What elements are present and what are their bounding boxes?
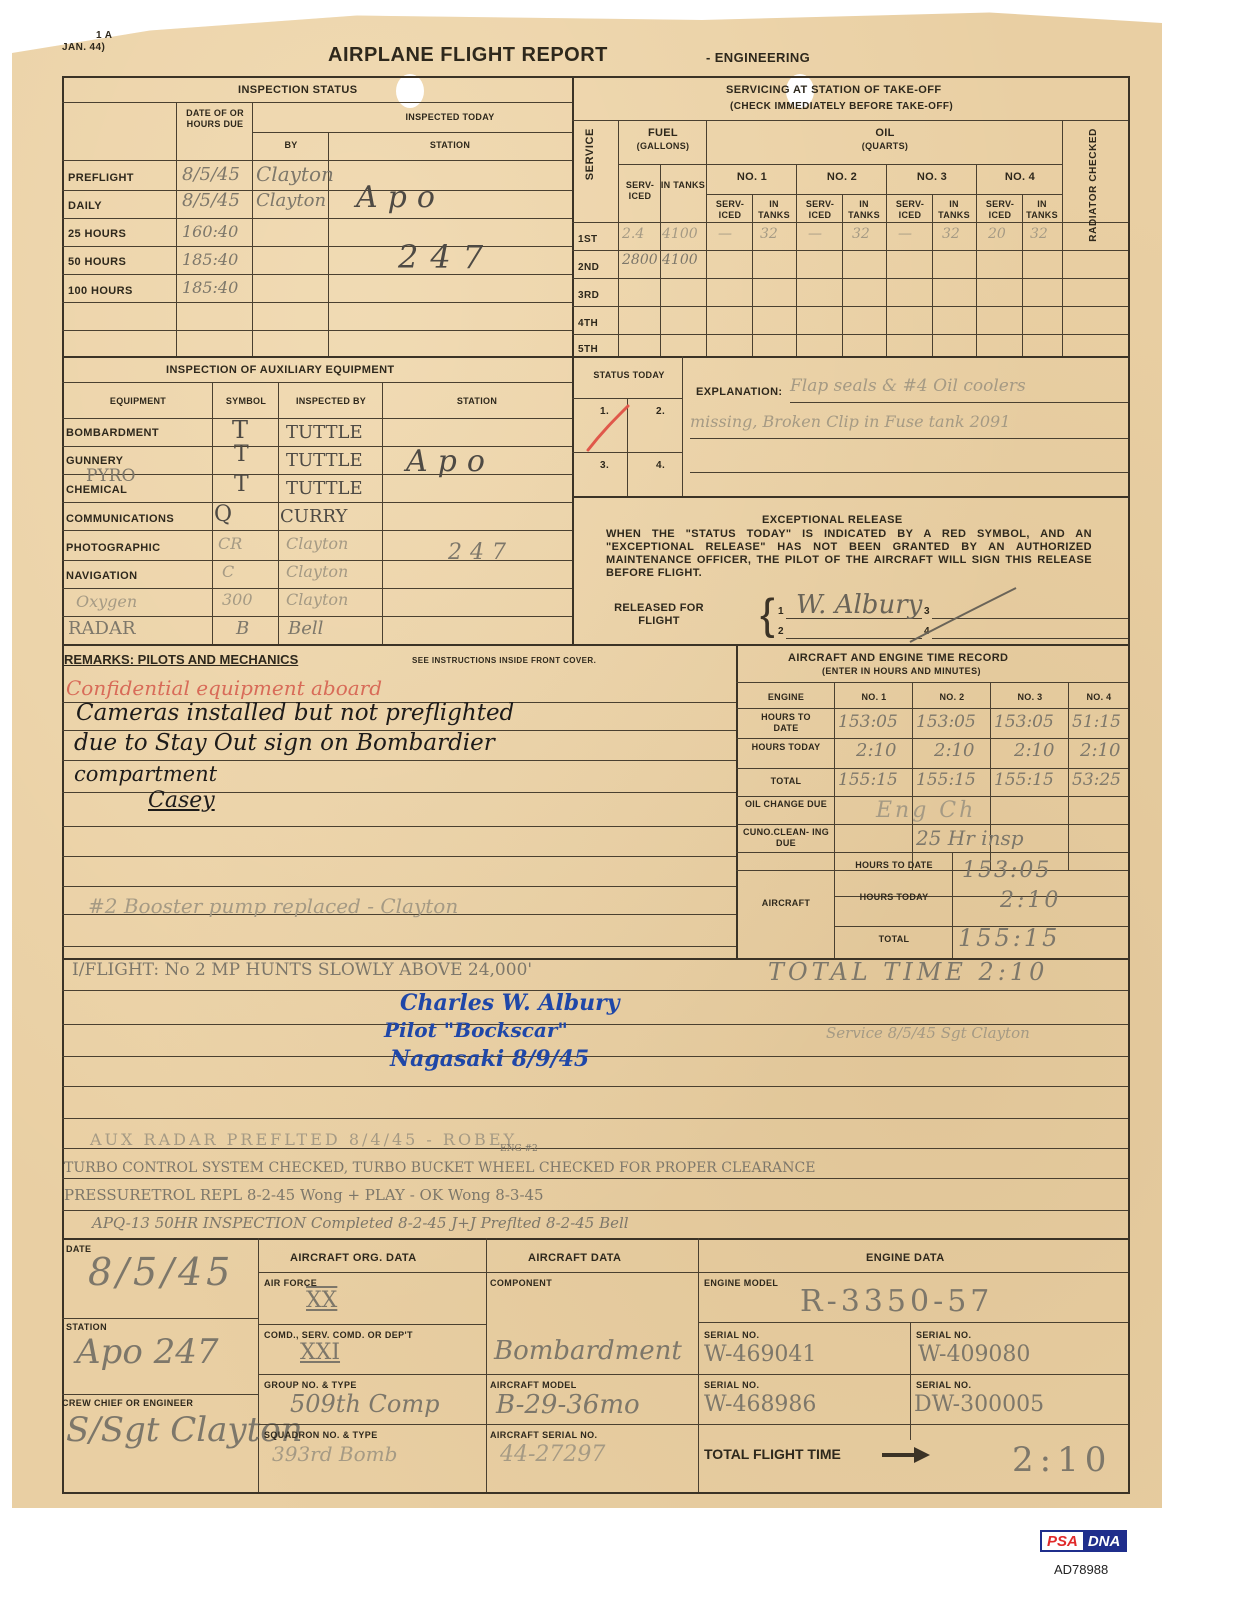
inspected-by: Clayton — [256, 190, 326, 211]
date-value: 8/5/45 — [88, 1250, 234, 1294]
pressuretrol-remark: PRESSURETROL REPL 8-2-45 Wong + PLAY - O… — [64, 1186, 544, 1204]
explanation-label: EXPLANATION: — [696, 386, 782, 398]
service-1st: 1ST — [578, 234, 598, 245]
page-title: AIRPLANE FLIGHT REPORT — [328, 44, 608, 67]
remark-line: Cameras installed but not preflighted — [76, 700, 514, 726]
group-value: 509th Comp — [290, 1390, 439, 1418]
engine-model-value: R-3350-57 — [800, 1284, 993, 1319]
comd-value: XXI — [300, 1340, 340, 1365]
overwrite-pyro: PYRO — [86, 466, 135, 486]
aux-radar-remark: AUX RADAR PREFLTED 8/4/45 - ROBEY — [90, 1130, 517, 1149]
aircraft-label: AIRCRAFT — [738, 898, 834, 909]
engine-serial-3: W-468986 — [704, 1392, 816, 1417]
component-value: Bombardment — [494, 1336, 682, 1366]
crew-chief-label: CREW CHIEF OR ENGINEER — [62, 1398, 193, 1408]
oil-label: OIL — [708, 128, 1062, 139]
due-value: 160:40 — [182, 222, 238, 241]
due-value: 8/5/45 — [182, 190, 240, 211]
col-date-due: DATE OF OR HOURS DUE — [180, 108, 250, 130]
fuel-unit: (GALLONS) — [620, 141, 706, 152]
due-value: 8/5/45 — [182, 164, 240, 185]
service-5th: 5TH — [578, 344, 598, 355]
aux-station-line1: Apo — [406, 444, 495, 479]
remark-line: Casey — [148, 788, 215, 813]
due-value: 185:40 — [182, 250, 238, 269]
fuel-in-tanks-header: IN TANKS — [660, 180, 706, 191]
aircraft-model-value: B-29-36mo — [496, 1390, 640, 1420]
aux-heading: INSPECTION OF AUXILIARY EQUIPMENT — [166, 364, 395, 376]
bracket: { — [760, 590, 775, 640]
certificate-id: AD78988 — [1054, 1562, 1108, 1577]
oil-unit: (QUARTS) — [708, 141, 1062, 152]
aircraft-data-heading: AIRCRAFT DATA — [528, 1252, 621, 1264]
status-box-2[interactable]: 2. — [656, 406, 665, 417]
form-revision: JAN. 44) — [62, 42, 105, 53]
servicing-subheading: (CHECK IMMEDIATELY BEFORE TAKE-OFF) — [730, 101, 953, 112]
station-value: Apo 247 — [76, 1332, 219, 1372]
turbo-remark: TURBO CONTROL SYSTEM CHECKED, TURBO BUCK… — [64, 1160, 815, 1176]
oil-engine-2: NO. 2 — [798, 172, 886, 183]
station-label: STATION — [66, 1322, 107, 1332]
exceptional-release-text: WHEN THE "STATUS TODAY" IS INDICATED BY … — [606, 528, 1092, 580]
engine-serial-1: W-469041 — [704, 1342, 816, 1367]
remark-line: compartment — [74, 762, 217, 786]
inspection-station-line1: Apo — [356, 180, 445, 215]
remarks-note: SEE INSTRUCTIONS INSIDE FRONT COVER. — [412, 656, 596, 665]
remarks-heading: REMARKS: PILOTS AND MECHANICS — [64, 652, 298, 667]
oil-engine-4: NO. 4 — [978, 172, 1062, 183]
time-record-heading: AIRCRAFT AND ENGINE TIME RECORD — [788, 652, 1008, 664]
total-flight-time-value: 2:10 — [1012, 1440, 1112, 1480]
org-data-heading: AIRCRAFT ORG. DATA — [290, 1252, 417, 1264]
psa-dna-logo: PSA DNA — [1040, 1530, 1127, 1552]
inflight-remark: I/FLIGHT: No 2 MP HUNTS SLOWLY ABOVE 24,… — [72, 960, 532, 980]
service-2nd: 2ND — [578, 262, 599, 273]
remark-line: #2 Booster pump replaced - Clayton — [88, 894, 458, 918]
eng-2-note: ENG #2 — [500, 1144, 538, 1154]
aux-station-line2: 247 — [448, 540, 514, 565]
status-today-heading: STATUS TODAY — [584, 370, 674, 381]
inspection-station-line2: 247 — [398, 238, 495, 276]
service-label: SERVICE — [584, 128, 596, 180]
fuel-label: FUEL — [620, 128, 706, 139]
radiator-checked-label: RADIATOR CHECKED — [1088, 128, 1116, 242]
total-time-remark: TOTAL TIME 2:10 — [768, 958, 1048, 986]
explanation-line1: Flap seals & #4 Oil coolers — [790, 376, 1026, 396]
signature-stroke — [900, 586, 1020, 646]
col-station: STATION — [340, 140, 560, 151]
explanation-line2: missing, Broken Clip in Fuse tank 2091 — [690, 412, 1010, 431]
service-remark: Service 8/5/45 Sgt Clayton — [826, 1024, 1030, 1042]
form-number: 1 A — [96, 30, 112, 41]
oil-engine-3: NO. 3 — [888, 172, 976, 183]
air-force-value: XX — [306, 1288, 337, 1313]
page-subtitle: - ENGINEERING — [706, 50, 810, 65]
engine-serial-2: W-409080 — [918, 1342, 1030, 1367]
arrow-right-icon — [880, 1444, 932, 1466]
col-by: BY — [256, 140, 326, 151]
fuel-serviced-header: SERV- ICED — [620, 180, 660, 202]
exceptional-release-heading: EXCEPTIONAL RELEASE — [762, 514, 903, 526]
due-value: 185:40 — [182, 278, 238, 297]
total-flight-time-label: TOTAL FLIGHT TIME — [704, 1446, 841, 1462]
servicing-heading: SERVICING AT STATION OF TAKE-OFF — [726, 84, 941, 96]
status-box-3[interactable]: 3. — [600, 460, 609, 471]
service-4th: 4TH — [578, 318, 598, 329]
squadron-value: 393rd Bomb — [272, 1442, 397, 1466]
service-3rd: 3RD — [578, 290, 599, 301]
remark-line: due to Stay Out sign on Bombardier — [74, 730, 495, 756]
aircraft-serial-value: 44-27297 — [500, 1442, 605, 1467]
engine-col-label: ENGINE — [738, 692, 834, 703]
col-inspected-today: INSPECTED TODAY — [340, 112, 560, 123]
released-for-flight-label: RELEASED FOR FLIGHT — [604, 602, 714, 628]
engine-data-heading: ENGINE DATA — [866, 1252, 945, 1264]
apq13-remark: APQ-13 50HR INSPECTION Completed 8-2-45 … — [92, 1214, 629, 1232]
time-record-subheading: (ENTER IN HOURS AND MINUTES) — [822, 666, 981, 676]
red-diagonal-status-mark — [584, 402, 634, 454]
remark-line: Confidential equipment aboard — [66, 676, 382, 700]
status-box-4[interactable]: 4. — [656, 460, 665, 471]
inspected-by: Clayton — [256, 162, 334, 186]
inspection-status-heading: INSPECTION STATUS — [238, 84, 357, 96]
oil-engine-1: NO. 1 — [708, 172, 796, 183]
engine-serial-4: DW-300005 — [914, 1392, 1044, 1417]
